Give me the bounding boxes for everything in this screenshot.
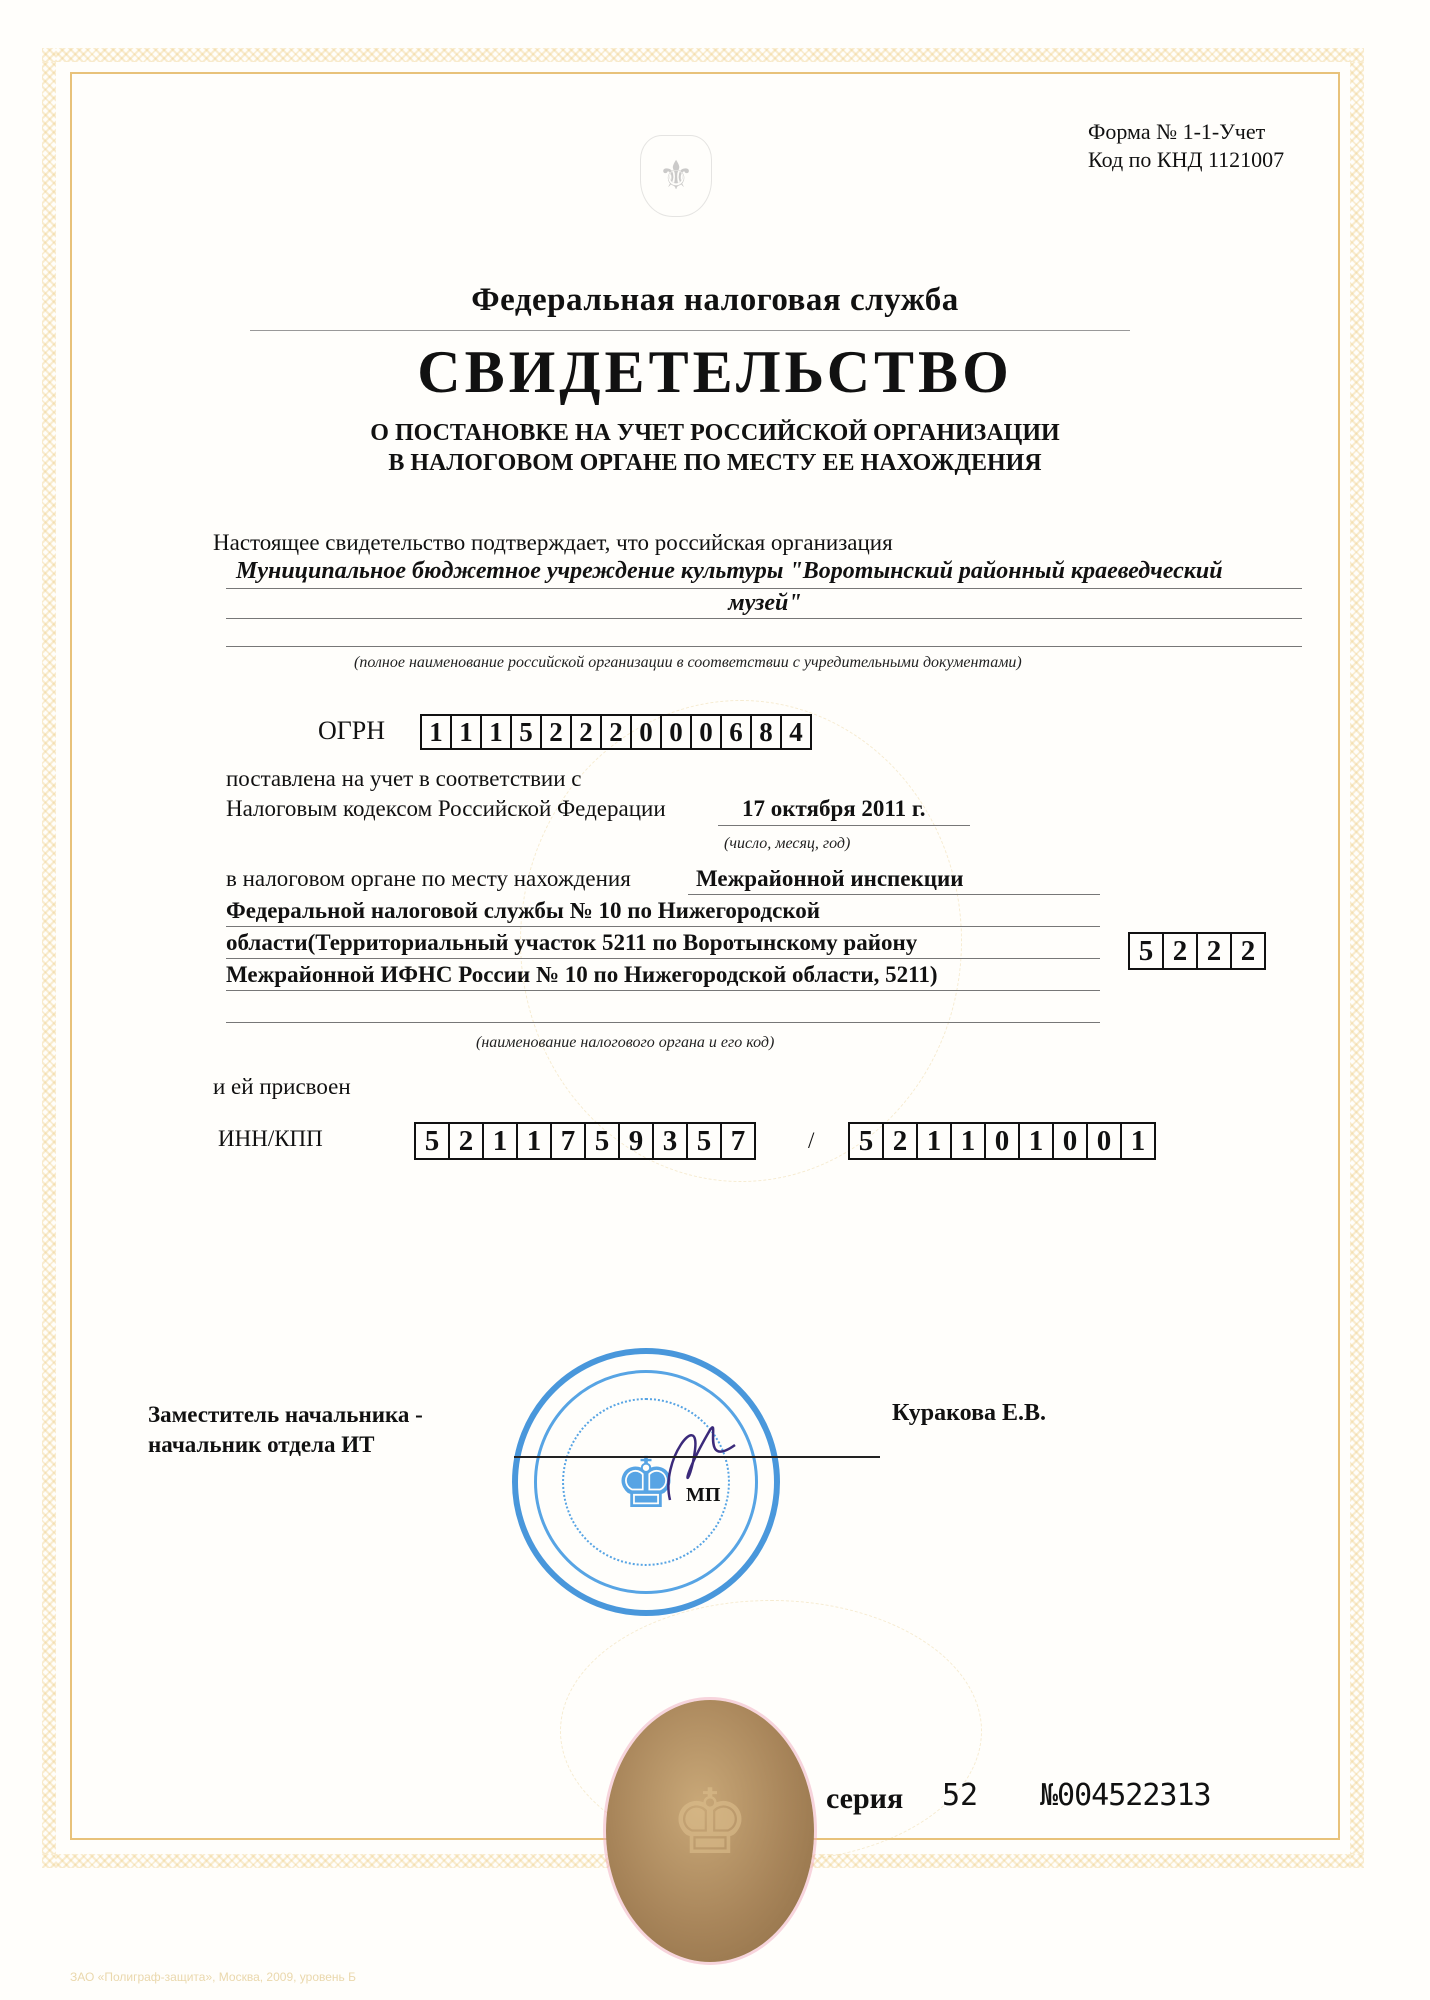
position-line-2: начальник отдела ИТ xyxy=(148,1430,423,1460)
kpp-digit: 5 xyxy=(850,1124,884,1158)
ogrn-digit-boxes: 1115222000684 xyxy=(420,714,812,750)
ogrn-digit: 4 xyxy=(782,716,810,748)
ogrn-digit: 2 xyxy=(602,716,632,748)
inn-digit: 5 xyxy=(416,1124,450,1158)
kpp-digit: 1 xyxy=(918,1124,952,1158)
kpp-digit: 0 xyxy=(1088,1124,1122,1158)
ogrn-digit: 1 xyxy=(422,716,452,748)
kpp-digit: 0 xyxy=(986,1124,1020,1158)
coat-of-arms-watermark-icon: ⚜ xyxy=(640,135,712,217)
tax-authority-caption: (наименование налогового органа и его ко… xyxy=(476,1034,774,1052)
signatory-position: Заместитель начальника - начальник отдел… xyxy=(148,1400,423,1460)
ogrn-digit: 6 xyxy=(722,716,752,748)
underline xyxy=(226,990,1100,991)
tax-authority-intro: в налоговом органе по месту нахождения xyxy=(226,866,631,892)
inn-digit: 7 xyxy=(722,1124,754,1158)
inn-digit: 2 xyxy=(450,1124,484,1158)
kpp-digit: 0 xyxy=(1054,1124,1088,1158)
double-headed-eagle-icon: ♚ xyxy=(606,1770,814,1875)
serial-number: №004522313 xyxy=(1040,1778,1211,1813)
tax-code-digit: 2 xyxy=(1164,934,1198,968)
ogrn-digit: 2 xyxy=(542,716,572,748)
form-number: Форма № 1-1-Учет xyxy=(1088,118,1284,146)
org-name-line-2: музей" xyxy=(0,590,1430,617)
underline xyxy=(226,958,1100,959)
ogrn-digit: 0 xyxy=(662,716,692,748)
tax-authority-code-boxes: 5222 xyxy=(1128,932,1266,970)
inn-digit: 1 xyxy=(518,1124,552,1158)
assigned-text: и ей присвоен xyxy=(213,1074,351,1100)
underline xyxy=(226,618,1302,619)
tax-code-digit: 5 xyxy=(1130,934,1164,968)
org-name-line-1: Муниципальное бюджетное учреждение культ… xyxy=(236,558,1223,585)
ogrn-digit: 5 xyxy=(512,716,542,748)
document-subtitle: О ПОСТАНОВКЕ НА УЧЕТ РОССИЙСКОЙ ОРГАНИЗА… xyxy=(0,418,1430,478)
kpp-digit: 1 xyxy=(952,1124,986,1158)
series-number: 52 xyxy=(942,1778,978,1813)
tax-authority-line-3: области(Территориальный участок 5211 по … xyxy=(226,930,917,956)
underline xyxy=(226,926,1100,927)
ogrn-digit: 1 xyxy=(482,716,512,748)
signature-line xyxy=(514,1456,880,1458)
inn-digit: 5 xyxy=(688,1124,722,1158)
inn-digit: 3 xyxy=(654,1124,688,1158)
position-line-1: Заместитель начальника - xyxy=(148,1400,423,1430)
underline xyxy=(226,588,1302,589)
knd-code: Код по КНД 1121007 xyxy=(1088,146,1284,174)
printer-note: ЗАО «Полиграф-защита», Москва, 2009, уро… xyxy=(70,1970,356,1984)
inn-digit-boxes: 5211759357 xyxy=(414,1122,756,1160)
tax-authority-line-2: Федеральной налоговой службы № 10 по Ниж… xyxy=(226,898,820,924)
underline xyxy=(226,1022,1100,1023)
inn-kpp-label: ИНН/КПП xyxy=(218,1126,323,1152)
kpp-digit: 1 xyxy=(1122,1124,1154,1158)
underline xyxy=(226,646,1302,647)
agency-name: Федеральная налоговая служба xyxy=(0,282,1430,319)
inn-digit: 5 xyxy=(586,1124,620,1158)
form-code-block: Форма № 1-1-Учет Код по КНД 1121007 xyxy=(1088,118,1284,174)
ogrn-digit: 1 xyxy=(452,716,482,748)
series-label: серия xyxy=(826,1782,903,1816)
inn-digit: 9 xyxy=(620,1124,654,1158)
underline xyxy=(718,825,970,826)
tax-code-digit: 2 xyxy=(1198,934,1232,968)
tax-authority-line-1: Межрайонной инспекции xyxy=(696,866,964,892)
signatory-name: Куракова Е.В. xyxy=(892,1400,1046,1427)
kpp-digit: 2 xyxy=(884,1124,918,1158)
tax-code-digit: 2 xyxy=(1232,934,1264,968)
subtitle-line-2: В НАЛОГОВОМ ОРГАНЕ ПО МЕСТУ ЕЕ НАХОЖДЕНИ… xyxy=(0,448,1430,478)
registration-line-1: поставлена на учет в соответствии с xyxy=(226,766,582,792)
date-caption: (число, месяц, год) xyxy=(724,835,850,853)
underline xyxy=(688,894,1100,895)
tax-authority-line-4: Межрайонной ИФНС России № 10 по Нижегоро… xyxy=(226,962,938,988)
ogrn-digit: 0 xyxy=(632,716,662,748)
divider xyxy=(250,330,1130,331)
kpp-digit-boxes: 521101001 xyxy=(848,1122,1156,1160)
stamp-place-mark: МП xyxy=(686,1484,720,1507)
inn-kpp-separator: / xyxy=(808,1128,814,1154)
ogrn-digit: 0 xyxy=(692,716,722,748)
kpp-digit: 1 xyxy=(1020,1124,1054,1158)
inn-digit: 1 xyxy=(484,1124,518,1158)
org-name-caption: (полное наименование российской организа… xyxy=(354,654,1022,672)
ogrn-digit: 2 xyxy=(572,716,602,748)
embossed-gold-seal: ♚ xyxy=(606,1700,814,1962)
intro-text: Настоящее свидетельство подтверждает, чт… xyxy=(213,530,893,556)
registration-date: 17 октября 2011 г. xyxy=(742,796,926,822)
certificate-page: ⚜ Форма № 1-1-Учет Код по КНД 1121007 Фе… xyxy=(0,0,1430,2000)
ogrn-digit: 8 xyxy=(752,716,782,748)
registration-line-2: Налоговым кодексом Российской Федерации xyxy=(226,796,666,822)
inn-digit: 7 xyxy=(552,1124,586,1158)
ogrn-label: ОГРН xyxy=(318,716,385,746)
document-title: СВИДЕТЕЛЬСТВО xyxy=(0,338,1430,407)
subtitle-line-1: О ПОСТАНОВКЕ НА УЧЕТ РОССИЙСКОЙ ОРГАНИЗА… xyxy=(0,418,1430,448)
